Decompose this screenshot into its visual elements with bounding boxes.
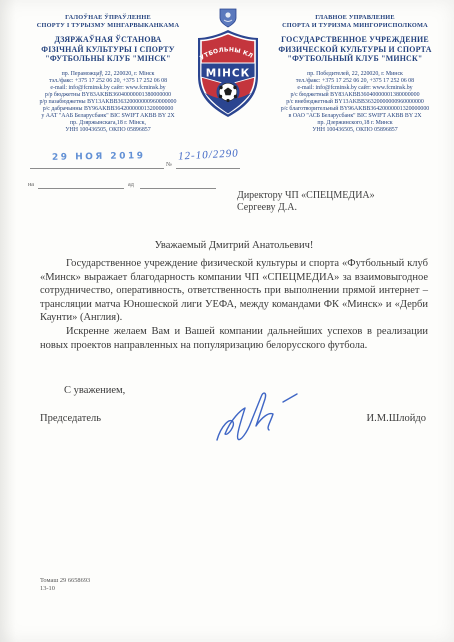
authority-line: ГАЛОЎНАЕ ЎПРАЎЛЕННЕ [20,14,196,22]
requisite-line: р/р пазабюджетны BY13AKBB363200000009600… [20,99,196,106]
reply-to-underline [38,188,124,189]
executor-footer: Томаш 29 6658693 13-10 [40,577,90,593]
requisites-left: пр. Пераможцаў, 22, 220020, г. Мінсктэл.… [20,71,196,134]
org-name-line: ФІЗІЧНАЙ КУЛЬТУРЫ І СПОРТУ [20,45,196,55]
requisite-line: у ААТ "ААБ Беларусбанк" BIC SWIFT AKBB B… [20,113,196,120]
requisite-line: пр. Победителей, 22, 220020, г. Минск [262,71,448,78]
recipient-line: Сергееву Д.А. [237,202,375,214]
signer-name: И.М.Шлойдо [367,413,426,424]
requisite-line: тел./факс: +375 17 252 06 20, +375 17 25… [262,78,448,85]
number-label: № [166,161,172,168]
fc-minsk-crest-icon: ФУТБОЛЬНЫ КЛУБ МІНСК [189,6,267,126]
reply-to-label: на [28,181,34,188]
authority-right: ГЛАВНОЕ УПРАВЛЕНИЕСПОРТА И ТУРИЗМА МИНГО… [262,14,448,29]
requisite-line: пр. Дзержинского,18 г. Минск [262,120,448,127]
org-name-left: ДЗЯРЖАЎНАЯ ЎСТАНОВАФІЗІЧНАЙ КУЛЬТУРЫ І С… [20,35,196,64]
org-name-line: "ФУТБОЛЬНЫ КЛУБ "МІНСК" [20,54,196,64]
requisite-line: р/с внебюджетный BY13AKBB363200000009600… [262,99,448,106]
reply-from-underline [140,188,216,189]
number-underline [176,168,240,169]
requisite-line: р/с дабрачынны BY96AKBB36420000001320000… [20,106,196,113]
requisite-line: р/р бюджетны BY83AKBB3604000000138000000… [20,92,196,99]
org-name-line: ДЗЯРЖАЎНАЯ ЎСТАНОВА [20,35,196,45]
handwritten-signature [203,390,313,458]
org-name-line: "ФУТБОЛЬНЫЙ КЛУБ "МИНСК" [262,54,448,64]
authority-line: СПОРТА И ТУРИЗМА МИНГОРИСПОЛКОМА [262,22,448,30]
document-index: 13-10 [40,585,90,593]
salutation: Уважаемый Дмитрий Анатольевич! [40,240,428,251]
signer-title: Председатель [40,413,101,424]
recipient-line: Директору ЧП «СПЕЦМЕДИА» [237,190,375,202]
org-name-right: ГОСУДАРСТВЕННОЕ УЧРЕЖДЕНИЕФИЗИЧЕСКОЙ КУЛ… [262,35,448,64]
requisite-line: УНН 100436505, ОКПО 05896857 [20,127,196,134]
date-underline [30,168,164,169]
authority-left: ГАЛОЎНАЕ ЎПРАЎЛЕННЕСПОРТУ І ТУРЫЗМУ МІНГ… [20,14,196,29]
requisite-line: р/с бюджетный BY83AKBB360400000013800000… [262,92,448,99]
recipient-block: Директору ЧП «СПЕЦМЕДИА»Сергееву Д.А. [237,190,375,214]
soccer-ball-icon [217,81,240,104]
body-paragraph: Государственное учреждение физической ку… [40,257,428,325]
authority-line: ГЛАВНОЕ УПРАВЛЕНИЕ [262,14,448,22]
reply-from-label: ад [128,181,134,188]
executor-name-phone: Томаш 29 6658693 [40,577,90,585]
requisite-line: пр. Пераможцаў, 22, 220020, г. Мінск [20,71,196,78]
requisite-line: р/с благотворительный BY96AKBB3642000000… [262,106,448,113]
club-crest-logo: ФУТБОЛЬНЫ КЛУБ МІНСК [189,6,267,126]
requisite-line: УНН 100436505, ОКПО 05896857 [262,127,448,134]
requisite-line: тэл./факс: +375 17 252 06 20, +375 17 25… [20,78,196,85]
city-emblem-icon [220,9,236,27]
letter-page: ГАЛОЎНАЕ ЎПРАЎЛЕННЕСПОРТУ І ТУРЫЗМУ МІНГ… [0,0,454,642]
requisites-right: пр. Победителей, 22, 220020, г. Минсктел… [262,71,448,134]
requisite-line: e-mail: info@fcminsk.by сайт: www.fcmins… [262,85,448,92]
requisite-line: пр. Дзяржынскага,18 г. Мінск, [20,120,196,127]
letter-body: Государственное учреждение физической ку… [40,257,428,352]
requisite-line: в ОАО "АСБ Беларусбанк" BIC SWIFT AKBB B… [262,113,448,120]
doc-number-handwritten: 12-10/2290 [178,147,239,162]
letterhead-left: ГАЛОЎНАЕ ЎПРАЎЛЕННЕСПОРТУ І ТУРЫЗМУ МІНГ… [20,14,196,134]
crest-city-text: МІНСК [206,68,250,80]
letterhead-right: ГЛАВНОЕ УПРАВЛЕНИЕСПОРТА И ТУРИЗМА МИНГО… [262,14,448,134]
date-stamp: 29 НОЯ 2019 [52,151,146,163]
org-name-line: ГОСУДАРСТВЕННОЕ УЧРЕЖДЕНИЕ [262,35,448,45]
requisite-line: e-mail: info@fcminsk.by сайт: www.fcmins… [20,85,196,92]
org-name-line: ФИЗИЧЕСКОЙ КУЛЬТУРЫ И СПОРТА [262,45,448,55]
body-paragraph: Искренне желаем Вам и Вашей компании дал… [40,325,428,352]
authority-line: СПОРТУ І ТУРЫЗМУ МІНГАРВЫКАНКАМА [20,22,196,30]
